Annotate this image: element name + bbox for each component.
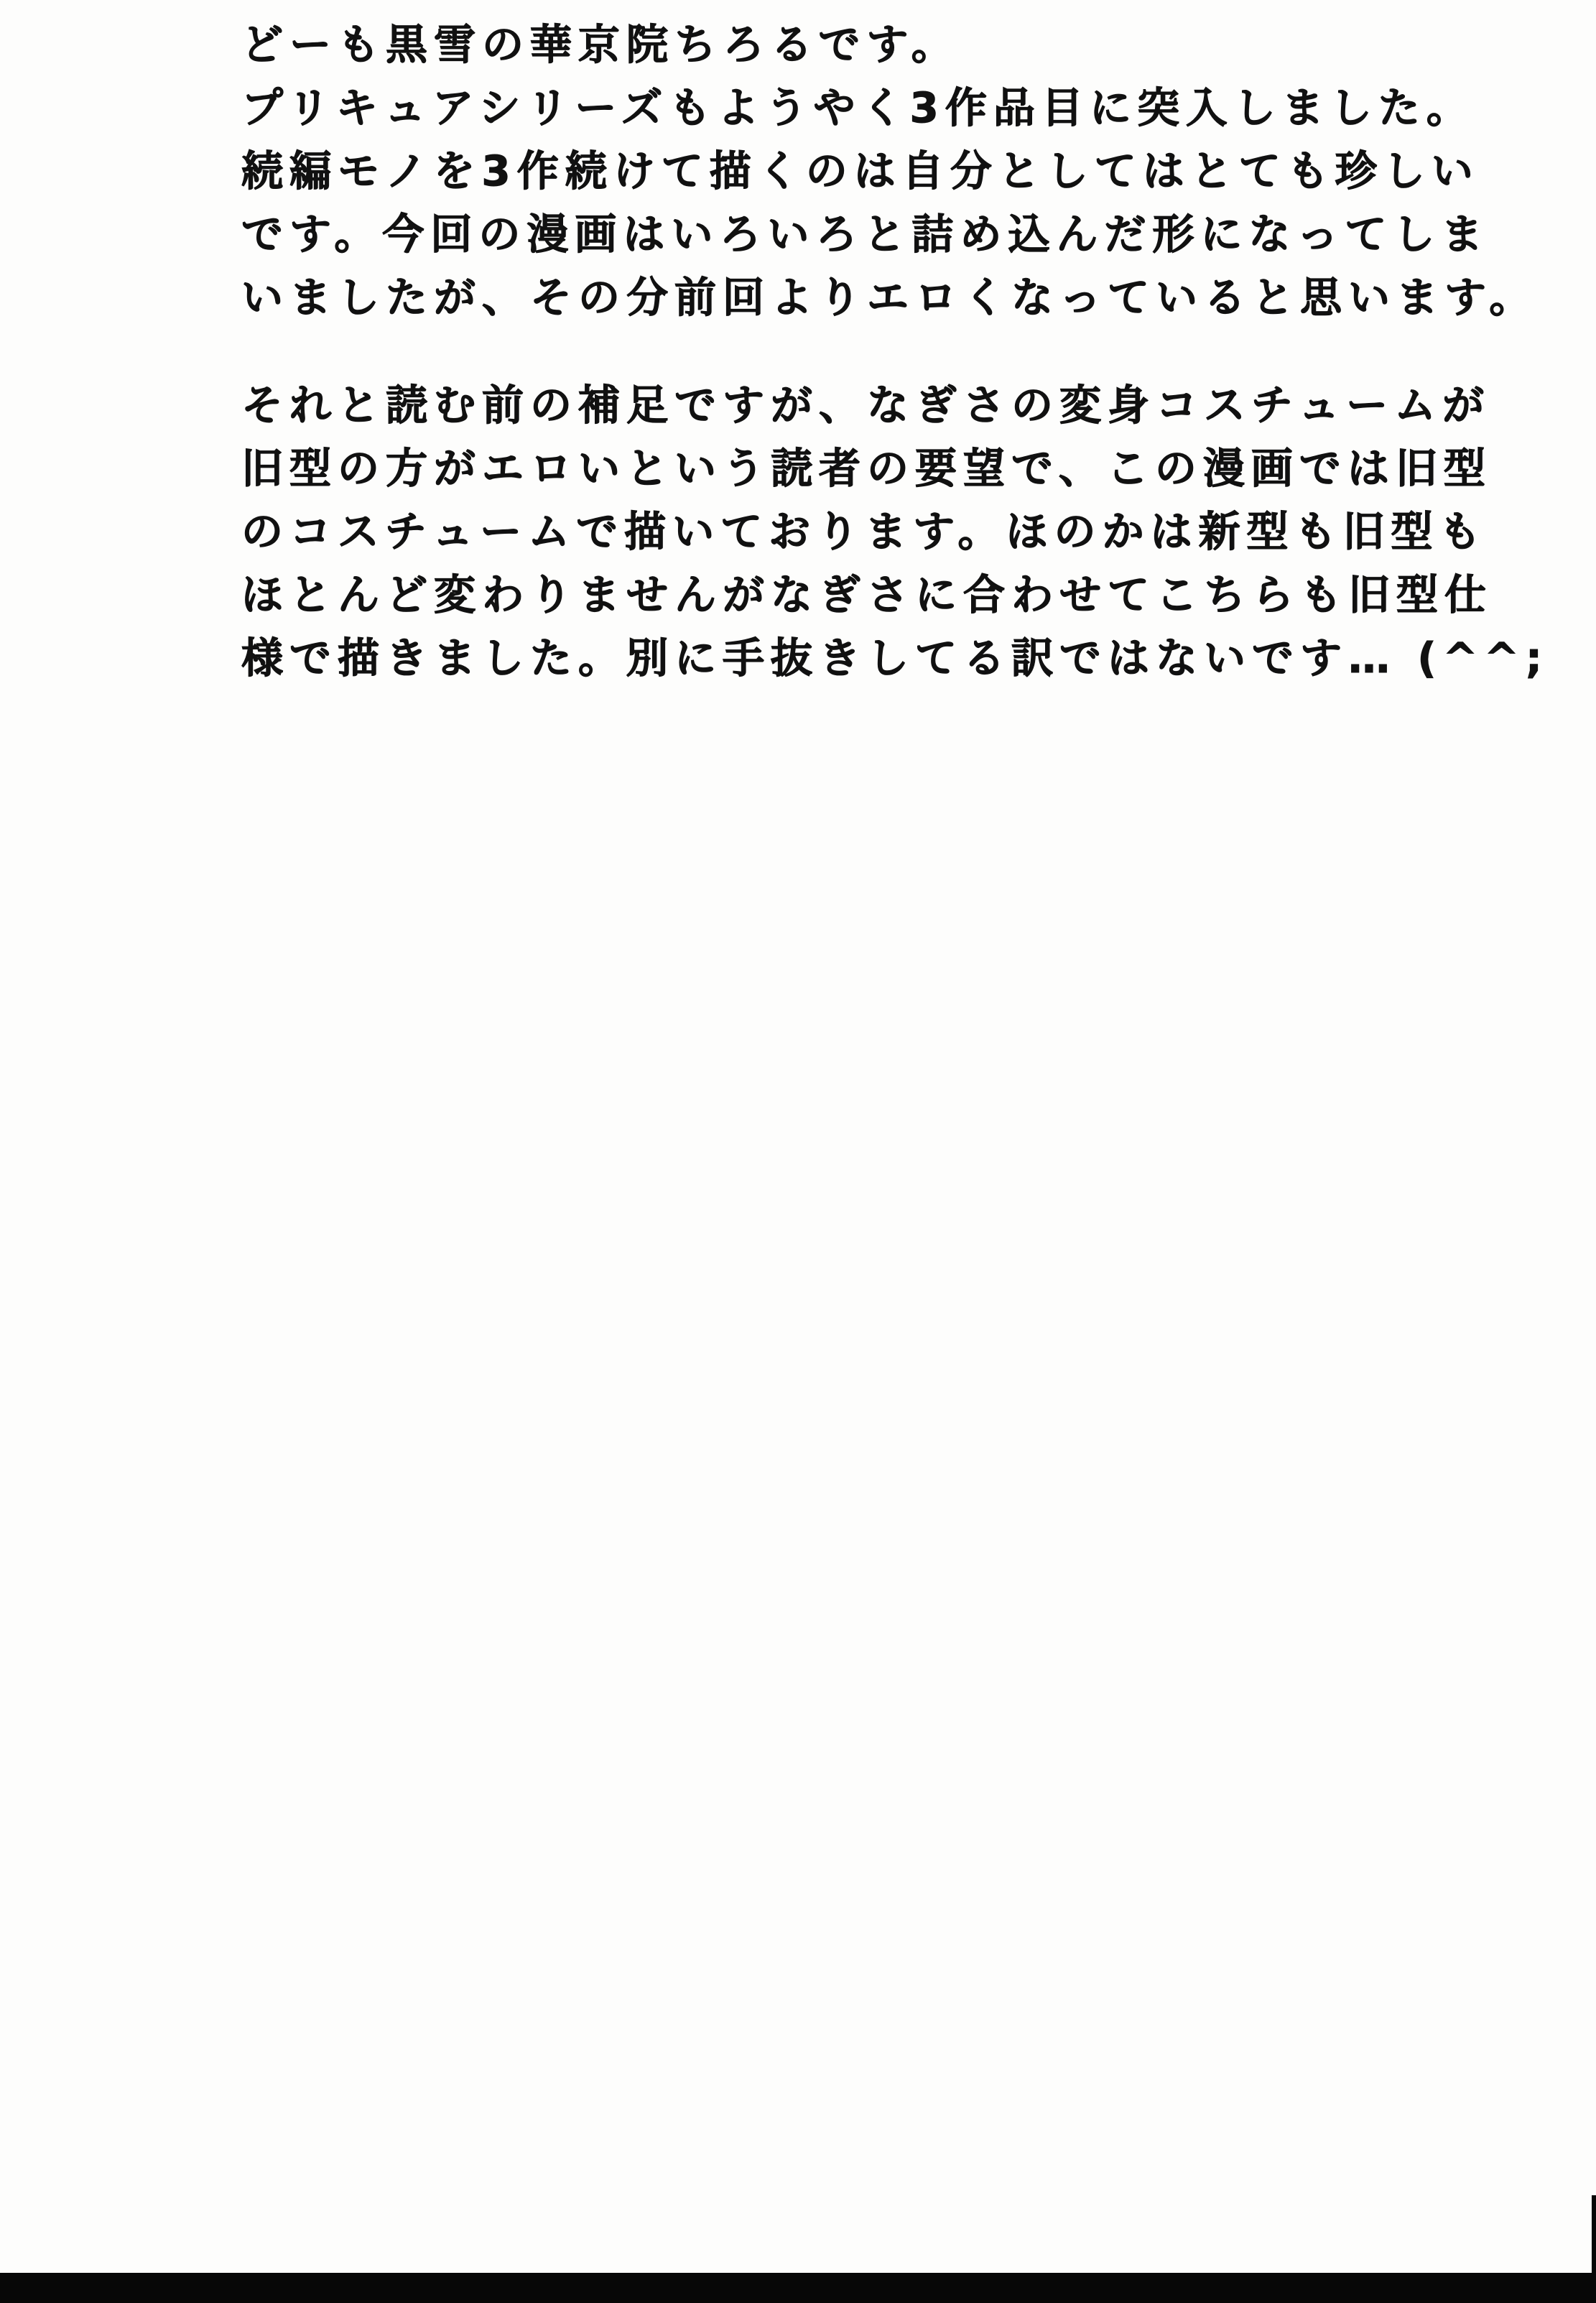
text-line: それと読む前の補足ですが、なぎさの変身コスチュームが [241,374,1527,437]
text-line: です。今回の漫画はいろいろと詰め込んだ形になってしま [241,203,1527,266]
text-line: のコスチュームで描いております。ほのかは新型も旧型も [241,500,1527,563]
text-line: プリキュアシリーズもようやく3作品目に突入しました。 [241,76,1527,139]
text-line: 旧型の方がエロいという読者の要望で、この漫画では旧型 [241,437,1527,500]
scan-edge-bottom [0,2273,1596,2303]
text-line: 様で描きました。別に手抜きしてる訳ではないです… (^^; [241,626,1527,690]
text-line: 続編モノを3作続けて描くのは自分としてはとても珍しい [241,139,1527,203]
paragraph-note: それと読む前の補足ですが、なぎさの変身コスチュームが 旧型の方がエロいという読者… [241,374,1527,690]
text-line: いましたが、その分前回よりエロくなっていると思います。 [241,266,1527,329]
afterword-text-block: どーも黒雪の華京院ちろるです。 プリキュアシリーズもようやく3作品目に突入しまし… [241,13,1527,690]
text-line: ほとんど変わりませんがなぎさに合わせてこちらも旧型仕 [241,563,1527,626]
scanned-page: どーも黒雪の華京院ちろるです。 プリキュアシリーズもようやく3作品目に突入しまし… [0,0,1596,2303]
text-line: どーも黒雪の華京院ちろるです。 [241,13,1527,76]
paragraph-intro: どーも黒雪の華京院ちろるです。 プリキュアシリーズもようやく3作品目に突入しまし… [241,13,1527,329]
